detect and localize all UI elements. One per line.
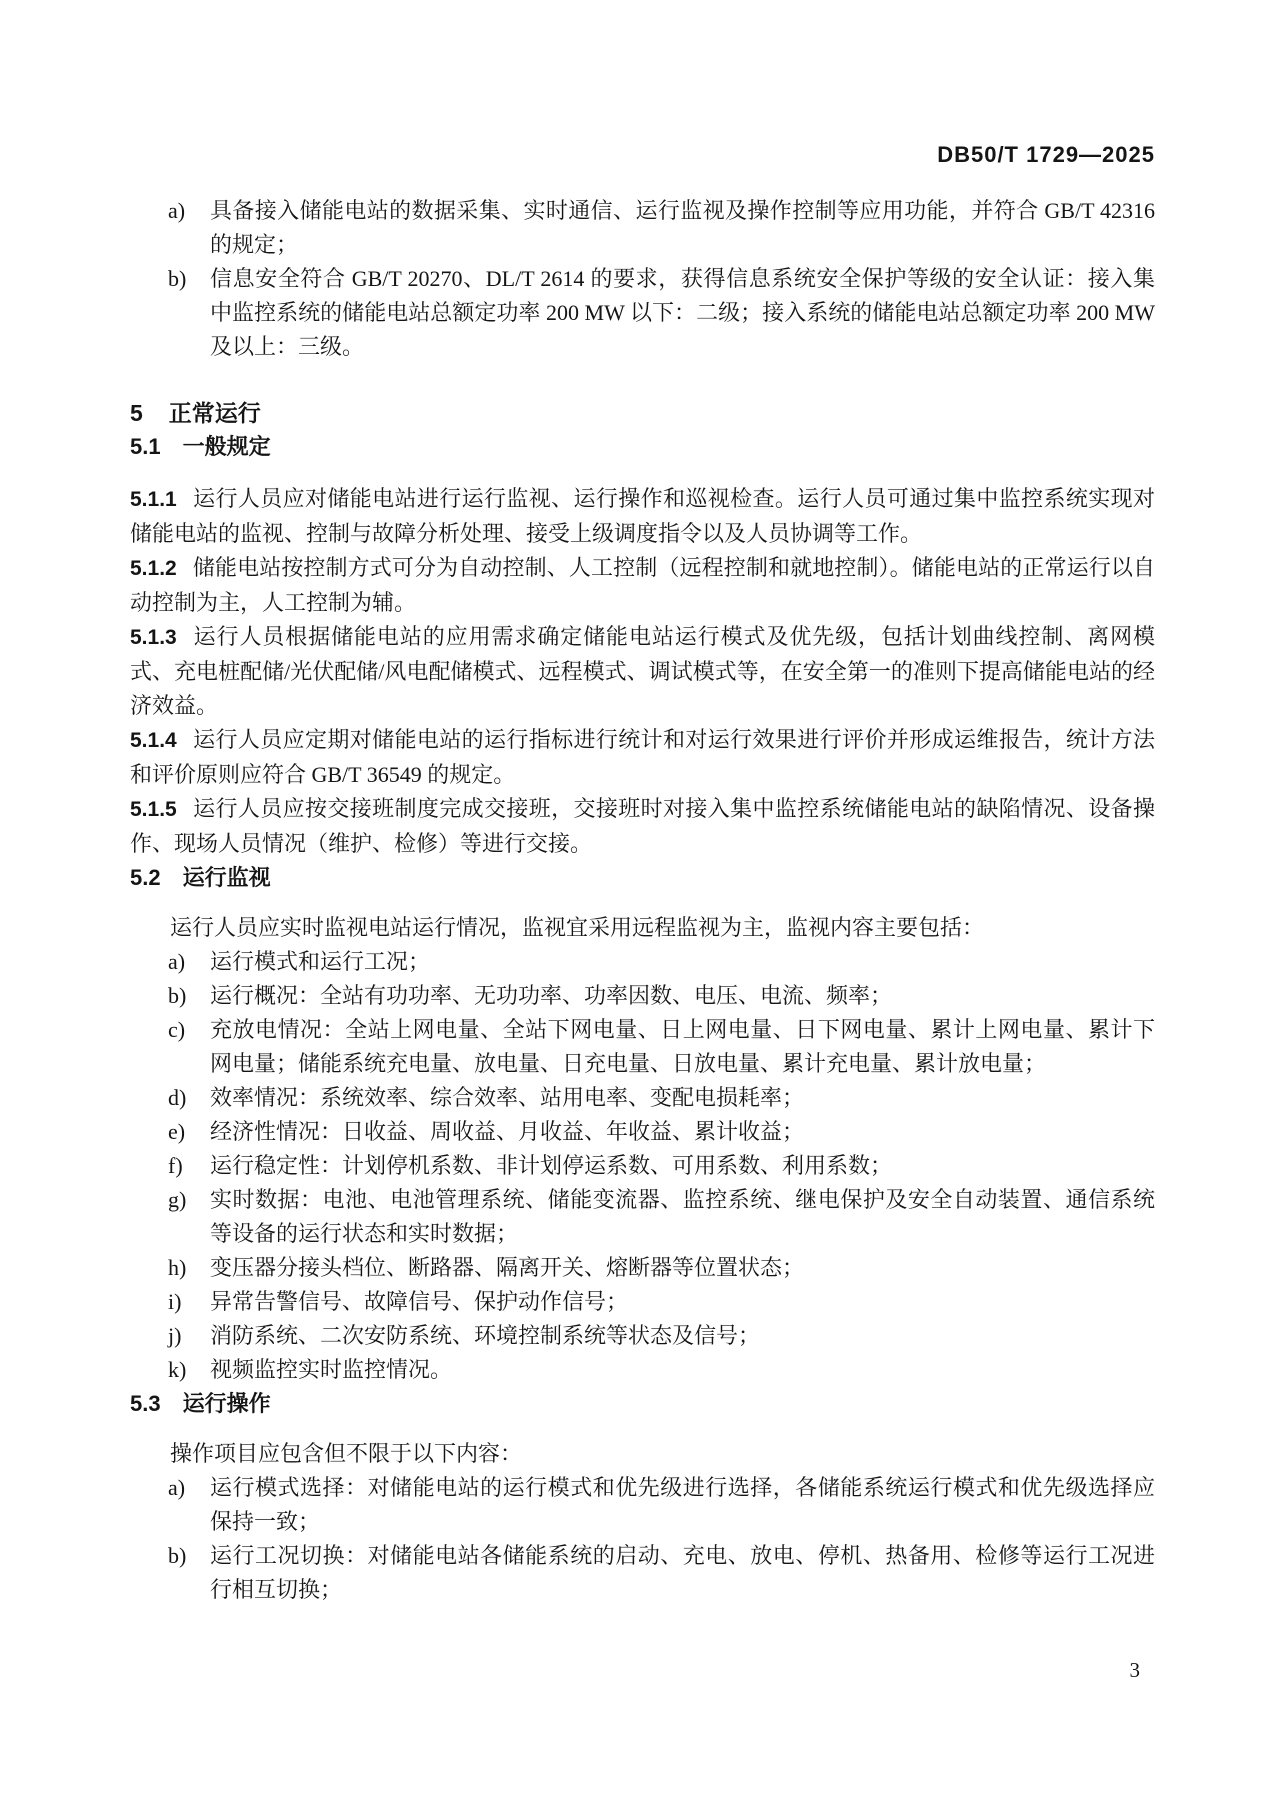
clause-text: 运行人员应对储能电站进行运行监视、运行操作和巡视检查。运行人员可通过集中监控系统… [130, 486, 1155, 546]
section-5-3-heading: 5.3运行操作 [130, 1387, 1155, 1421]
clause-5-1-5: 5.1.5运行人员应按交接班制度完成交接班，交接班时对接入集中监控系统储能电站的… [130, 792, 1155, 861]
list-item-label: h) [168, 1251, 210, 1285]
list-item: a) 具备接入储能电站的数据采集、实时通信、运行监视及操作控制等应用功能，并符合… [130, 194, 1155, 262]
list-item: b) 运行工况切换：对储能电站各储能系统的启动、充电、放电、停机、热备用、检修等… [130, 1539, 1155, 1607]
list-item-label: e) [168, 1115, 210, 1149]
list-item-text: 效率情况：系统效率、综合效率、站用电率、变配电损耗率； [210, 1081, 1155, 1115]
clause-text: 运行人员根据储能电站的应用需求确定储能电站运行模式及优先级，包括计划曲线控制、离… [130, 624, 1155, 718]
section-5-2-intro: 运行人员应实时监视电站运行情况，监视宜采用远程监视为主，监视内容主要包括： [170, 911, 1155, 945]
list-item-text: 运行稳定性：计划停机系数、非计划停运系数、可用系数、利用系数； [210, 1149, 1155, 1183]
list-item-label: j) [168, 1319, 210, 1353]
list-item: f) 运行稳定性：计划停机系数、非计划停运系数、可用系数、利用系数； [130, 1149, 1155, 1183]
list-item-label: d) [168, 1081, 210, 1115]
section-5-1-clauses: 5.1.1运行人员应对储能电站进行运行监视、运行操作和巡视检查。运行人员可通过集… [130, 482, 1155, 861]
list-item: j) 消防系统、二次安防系统、环境控制系统等状态及信号； [130, 1319, 1155, 1353]
list-item-label: a) [168, 1471, 210, 1539]
clause-5-1-2: 5.1.2储能电站按控制方式可分为自动控制、人工控制（远程控制和就地控制）。储能… [130, 551, 1155, 620]
list-item-text: 异常告警信号、故障信号、保护动作信号； [210, 1285, 1155, 1319]
list-item-text: 信息安全符合 GB/T 20270、DL/T 2614 的要求，获得信息系统安全… [210, 262, 1155, 364]
page-number: 3 [1130, 1658, 1141, 1682]
section-5-3-list: a) 运行模式选择：对储能电站的运行模式和优先级进行选择，各储能系统运行模式和优… [130, 1471, 1155, 1607]
clause-5-1-1: 5.1.1运行人员应对储能电站进行运行监视、运行操作和巡视检查。运行人员可通过集… [130, 482, 1155, 551]
section-number: 5 [130, 400, 143, 426]
list-item-label: a) [168, 945, 210, 979]
section-title: 一般规定 [183, 434, 271, 459]
list-item: c) 充放电情况：全站上网电量、全站下网电量、日上网电量、日下网电量、累计上网电… [130, 1013, 1155, 1081]
list-item: k) 视频监控实时监控情况。 [130, 1353, 1155, 1387]
clause-number: 5.1.1 [130, 488, 177, 511]
section-5-1-heading: 5.1一般规定 [130, 430, 1155, 464]
list-item: a) 运行模式选择：对储能电站的运行模式和优先级进行选择，各储能系统运行模式和优… [130, 1471, 1155, 1539]
clause-number: 5.1.4 [130, 729, 177, 752]
list-item: e) 经济性情况：日收益、周收益、月收益、年收益、累计收益； [130, 1115, 1155, 1149]
list-item-label: b) [168, 979, 210, 1013]
list-item-label: k) [168, 1353, 210, 1387]
clause-number: 5.1.2 [130, 557, 177, 580]
section-number: 5.1 [130, 434, 161, 459]
list-item-text: 实时数据：电池、电池管理系统、储能变流器、监控系统、继电保护及安全自动装置、通信… [210, 1183, 1155, 1251]
section-number: 5.2 [130, 865, 161, 890]
list-item-label: f) [168, 1149, 210, 1183]
clause-text: 运行人员应按交接班制度完成交接班，交接班时对接入集中监控系统储能电站的缺陷情况、… [130, 796, 1155, 856]
list-item: b) 信息安全符合 GB/T 20270、DL/T 2614 的要求，获得信息系… [130, 262, 1155, 364]
list-item-label: a) [168, 194, 210, 262]
list-item: a) 运行模式和运行工况； [130, 945, 1155, 979]
clause-number: 5.1.3 [130, 626, 177, 649]
section-5-heading: 5正常运行 [130, 396, 1155, 430]
clause-5-1-3: 5.1.3运行人员根据储能电站的应用需求确定储能电站运行模式及优先级，包括计划曲… [130, 620, 1155, 723]
list-item-text: 经济性情况：日收益、周收益、月收益、年收益、累计收益； [210, 1115, 1155, 1149]
clause-text: 储能电站按控制方式可分为自动控制、人工控制（远程控制和就地控制）。储能电站的正常… [130, 555, 1155, 615]
list-item-text: 运行模式选择：对储能电站的运行模式和优先级进行选择，各储能系统运行模式和优先级选… [210, 1471, 1155, 1539]
list-item-label: g) [168, 1183, 210, 1251]
list-item-text: 视频监控实时监控情况。 [210, 1353, 1155, 1387]
list-item-label: b) [168, 262, 210, 364]
list-item-label: b) [168, 1539, 210, 1607]
list-item: g) 实时数据：电池、电池管理系统、储能变流器、监控系统、继电保护及安全自动装置… [130, 1183, 1155, 1251]
section-5-2-list: a) 运行模式和运行工况； b) 运行概况：全站有功功率、无功功率、功率因数、电… [130, 945, 1155, 1387]
list-item-text: 具备接入储能电站的数据采集、实时通信、运行监视及操作控制等应用功能，并符合 GB… [210, 194, 1155, 262]
list-item: h) 变压器分接头档位、断路器、隔离开关、熔断器等位置状态； [130, 1251, 1155, 1285]
list-item-label: c) [168, 1013, 210, 1081]
document-page: DB50/T 1729—2025 a) 具备接入储能电站的数据采集、实时通信、运… [0, 0, 1280, 1810]
standard-code: DB50/T 1729—2025 [937, 142, 1155, 167]
list-item: i) 异常告警信号、故障信号、保护动作信号； [130, 1285, 1155, 1319]
list-item-text: 充放电情况：全站上网电量、全站下网电量、日上网电量、日下网电量、累计上网电量、累… [210, 1013, 1155, 1081]
list-item-text: 消防系统、二次安防系统、环境控制系统等状态及信号； [210, 1319, 1155, 1353]
section-number: 5.3 [130, 1391, 161, 1416]
list-item: b) 运行概况：全站有功功率、无功功率、功率因数、电压、电流、频率； [130, 979, 1155, 1013]
section-title: 运行操作 [183, 1391, 271, 1416]
list-item-text: 运行工况切换：对储能电站各储能系统的启动、充电、放电、停机、热备用、检修等运行工… [210, 1539, 1155, 1607]
clause-number: 5.1.5 [130, 798, 177, 821]
list-item-text: 运行概况：全站有功功率、无功功率、功率因数、电压、电流、频率； [210, 979, 1155, 1013]
page-header: DB50/T 1729—2025 [130, 0, 1155, 168]
top-ordered-list: a) 具备接入储能电站的数据采集、实时通信、运行监视及操作控制等应用功能，并符合… [130, 194, 1155, 364]
list-item: d) 效率情况：系统效率、综合效率、站用电率、变配电损耗率； [130, 1081, 1155, 1115]
section-5-2-heading: 5.2运行监视 [130, 861, 1155, 895]
section-title: 正常运行 [169, 400, 261, 426]
list-item-text: 运行模式和运行工况； [210, 945, 1155, 979]
list-item-label: i) [168, 1285, 210, 1319]
list-item-text: 变压器分接头档位、断路器、隔离开关、熔断器等位置状态； [210, 1251, 1155, 1285]
clause-5-1-4: 5.1.4运行人员应定期对储能电站的运行指标进行统计和对运行效果进行评价并形成运… [130, 723, 1155, 792]
clause-text: 运行人员应定期对储能电站的运行指标进行统计和对运行效果进行评价并形成运维报告，统… [130, 727, 1155, 787]
section-5-3-intro: 操作项目应包含但不限于以下内容： [170, 1437, 1155, 1471]
section-title: 运行监视 [183, 865, 271, 890]
